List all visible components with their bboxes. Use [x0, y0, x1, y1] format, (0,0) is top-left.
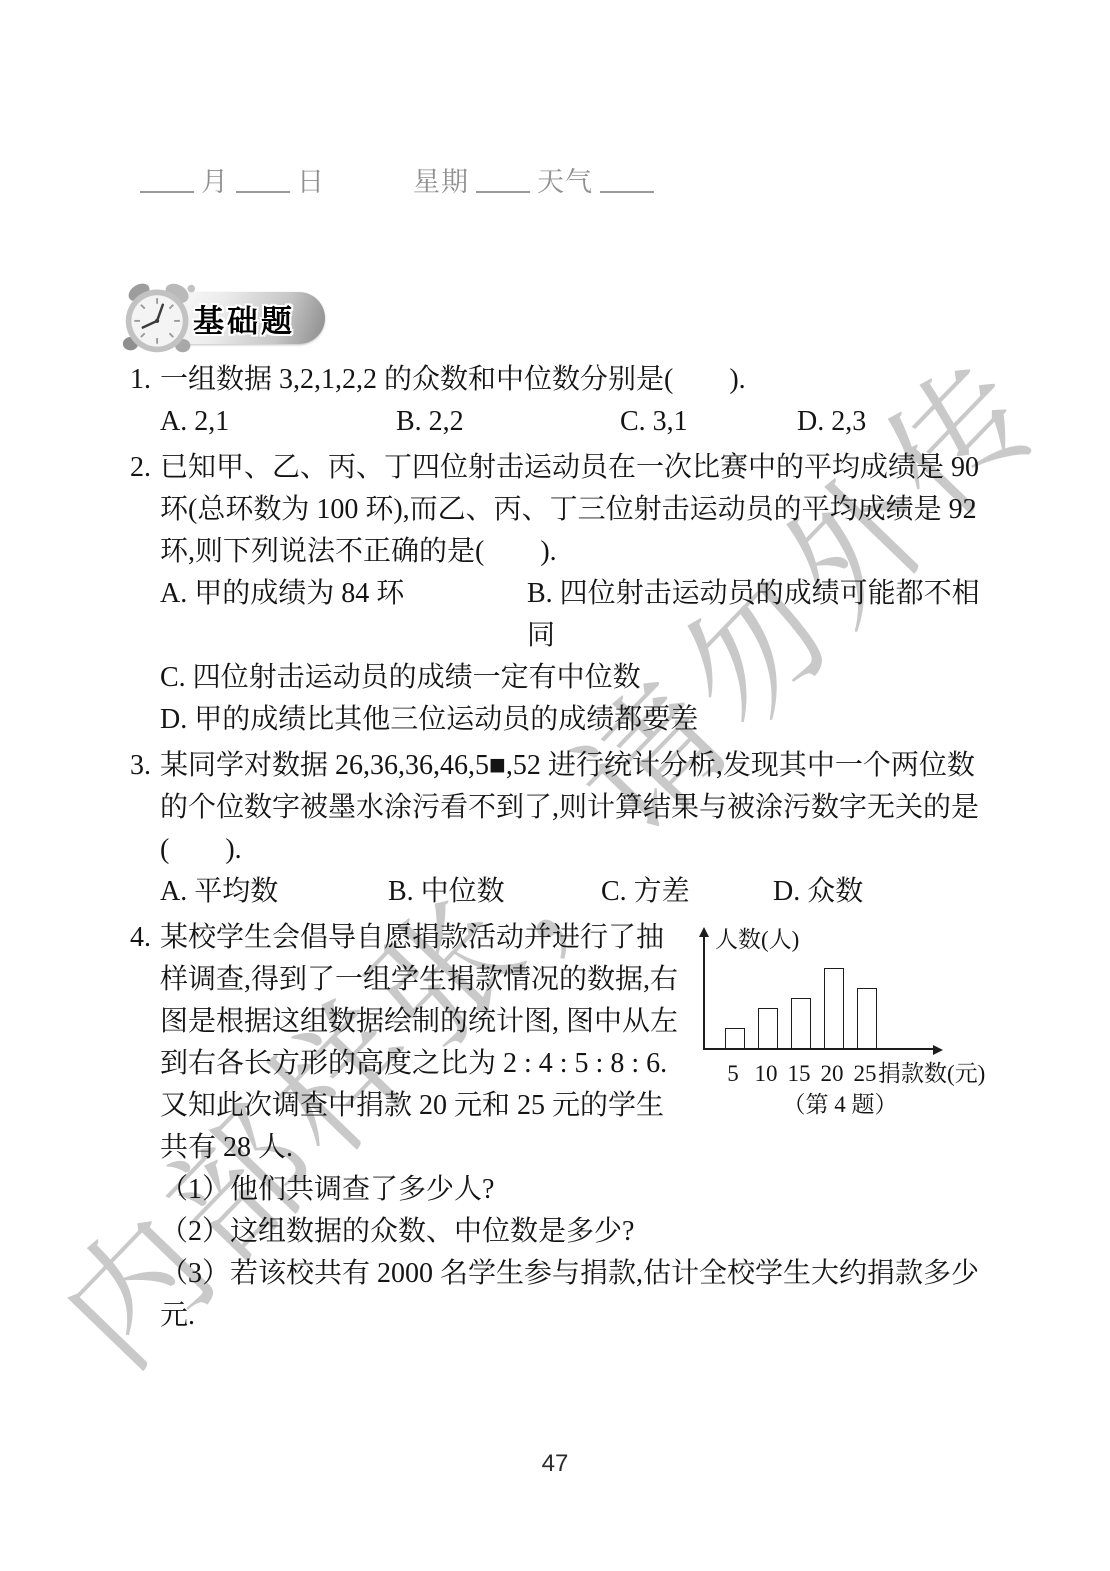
- question-1-number: 1.: [130, 359, 151, 401]
- chart-bar: [824, 968, 844, 1048]
- q3-option-b: B. 中位数: [388, 871, 601, 913]
- q3-option-c: C. 方差: [601, 871, 773, 913]
- q4-sub-question-3: （3）若该校共有 2000 名学生参与捐款,估计全校学生大约捐款多少元.: [160, 1253, 985, 1337]
- q3-option-a: A. 平均数: [160, 871, 388, 913]
- month-blank-line: [140, 171, 194, 193]
- question-2-options-ab: A. 甲的成绩为 84 环 B. 四位射击运动员的成绩可能都不相同: [160, 573, 985, 657]
- week-label: 星期: [413, 167, 469, 197]
- q1-option-a: A. 2,1: [160, 401, 396, 443]
- chart-y-axis-label: 人数(人): [715, 927, 799, 953]
- chart-bar: [857, 988, 877, 1048]
- weather-label: 天气: [537, 167, 593, 197]
- page-content: 月日星期天气 基础题: [0, 165, 1110, 1337]
- q2-option-d: D. 甲的成绩比其他三位运动员的成绩都要差: [160, 699, 985, 741]
- question-2-stem: 已知甲、乙、丙、丁四位射击运动员在一次比赛中的平均成绩是 90 环(总环数为 1…: [160, 447, 985, 573]
- chart-tick-label: 25: [854, 1053, 877, 1095]
- week-blank-line: [476, 171, 530, 193]
- alarm-clock-icon: [116, 281, 202, 357]
- q4-sub-question-1: （1）他们共调查了多少人?: [160, 1169, 985, 1211]
- chart-bar: [791, 998, 811, 1048]
- question-3: 3. 某同学对数据 26,36,36,46,5■,52 进行统计分析,发现其中一…: [130, 745, 985, 913]
- chart-x-ticks: 捐款数(元) 510152025: [703, 1050, 985, 1080]
- date-weather-header: 月日星期天气: [133, 165, 985, 199]
- q2-option-a: A. 甲的成绩为 84 环: [160, 573, 527, 657]
- worksheet-page: 内部样张，请勿外传 月日星期天气 基础题: [0, 0, 1110, 1571]
- q3-option-d: D. 众数: [773, 871, 985, 913]
- question-3-number: 3.: [130, 745, 151, 787]
- chart-tick-label: 20: [821, 1053, 844, 1095]
- weather-blank-line: [600, 171, 654, 193]
- question-4-number: 4.: [130, 917, 151, 959]
- chart-bar: [725, 1028, 745, 1048]
- question-2: 2. 已知甲、乙、丙、丁四位射击运动员在一次比赛中的平均成绩是 90 环(总环数…: [130, 447, 985, 741]
- page-number: 47: [542, 1450, 569, 1478]
- q1-option-c: C. 3,1: [620, 401, 797, 443]
- chart-tick-label: 5: [727, 1053, 739, 1095]
- q1-option-d: D. 2,3: [797, 401, 985, 443]
- chart-x-axis-label: 捐款数(元): [878, 1053, 985, 1095]
- month-label: 月: [201, 167, 229, 197]
- day-label: 日: [297, 167, 325, 197]
- q1-option-b: B. 2,2: [396, 401, 620, 443]
- question-4: 4. 人数(人) 捐款数(元) 510152025 （第 4 题） 某校学生会倡…: [130, 917, 985, 1337]
- q4-bar-chart-figure: 人数(人) 捐款数(元) 510152025 （第 4 题）: [695, 923, 985, 1126]
- question-3-options: A. 平均数 B. 中位数 C. 方差 D. 众数: [160, 871, 985, 913]
- q2-option-b: B. 四位射击运动员的成绩可能都不相同: [527, 573, 985, 657]
- chart-tick-label: 10: [755, 1053, 778, 1095]
- q4-sub-question-2: （2）这组数据的众数、中位数是多少?: [160, 1211, 985, 1253]
- chart-tick-label: 15: [788, 1053, 811, 1095]
- chart-bar: [758, 1008, 778, 1048]
- question-1-options: A. 2,1 B. 2,2 C. 3,1 D. 2,3: [160, 401, 985, 443]
- question-1-stem: 一组数据 3,2,1,2,2 的众数和中位数分别是( ).: [160, 359, 985, 401]
- section-badge-label: 基础题: [193, 296, 295, 341]
- day-blank-line: [236, 171, 290, 193]
- chart-plot-area: 人数(人): [703, 935, 935, 1050]
- section-badge: 基础题: [130, 285, 985, 353]
- question-list: 1. 一组数据 3,2,1,2,2 的众数和中位数分别是( ). A. 2,1 …: [130, 359, 985, 1337]
- question-2-number: 2.: [130, 447, 151, 489]
- question-1: 1. 一组数据 3,2,1,2,2 的众数和中位数分别是( ). A. 2,1 …: [130, 359, 985, 443]
- question-3-stem: 某同学对数据 26,36,36,46,5■,52 进行统计分析,发现其中一个两位…: [160, 745, 985, 871]
- q2-option-c: C. 四位射击运动员的成绩一定有中位数: [160, 657, 985, 699]
